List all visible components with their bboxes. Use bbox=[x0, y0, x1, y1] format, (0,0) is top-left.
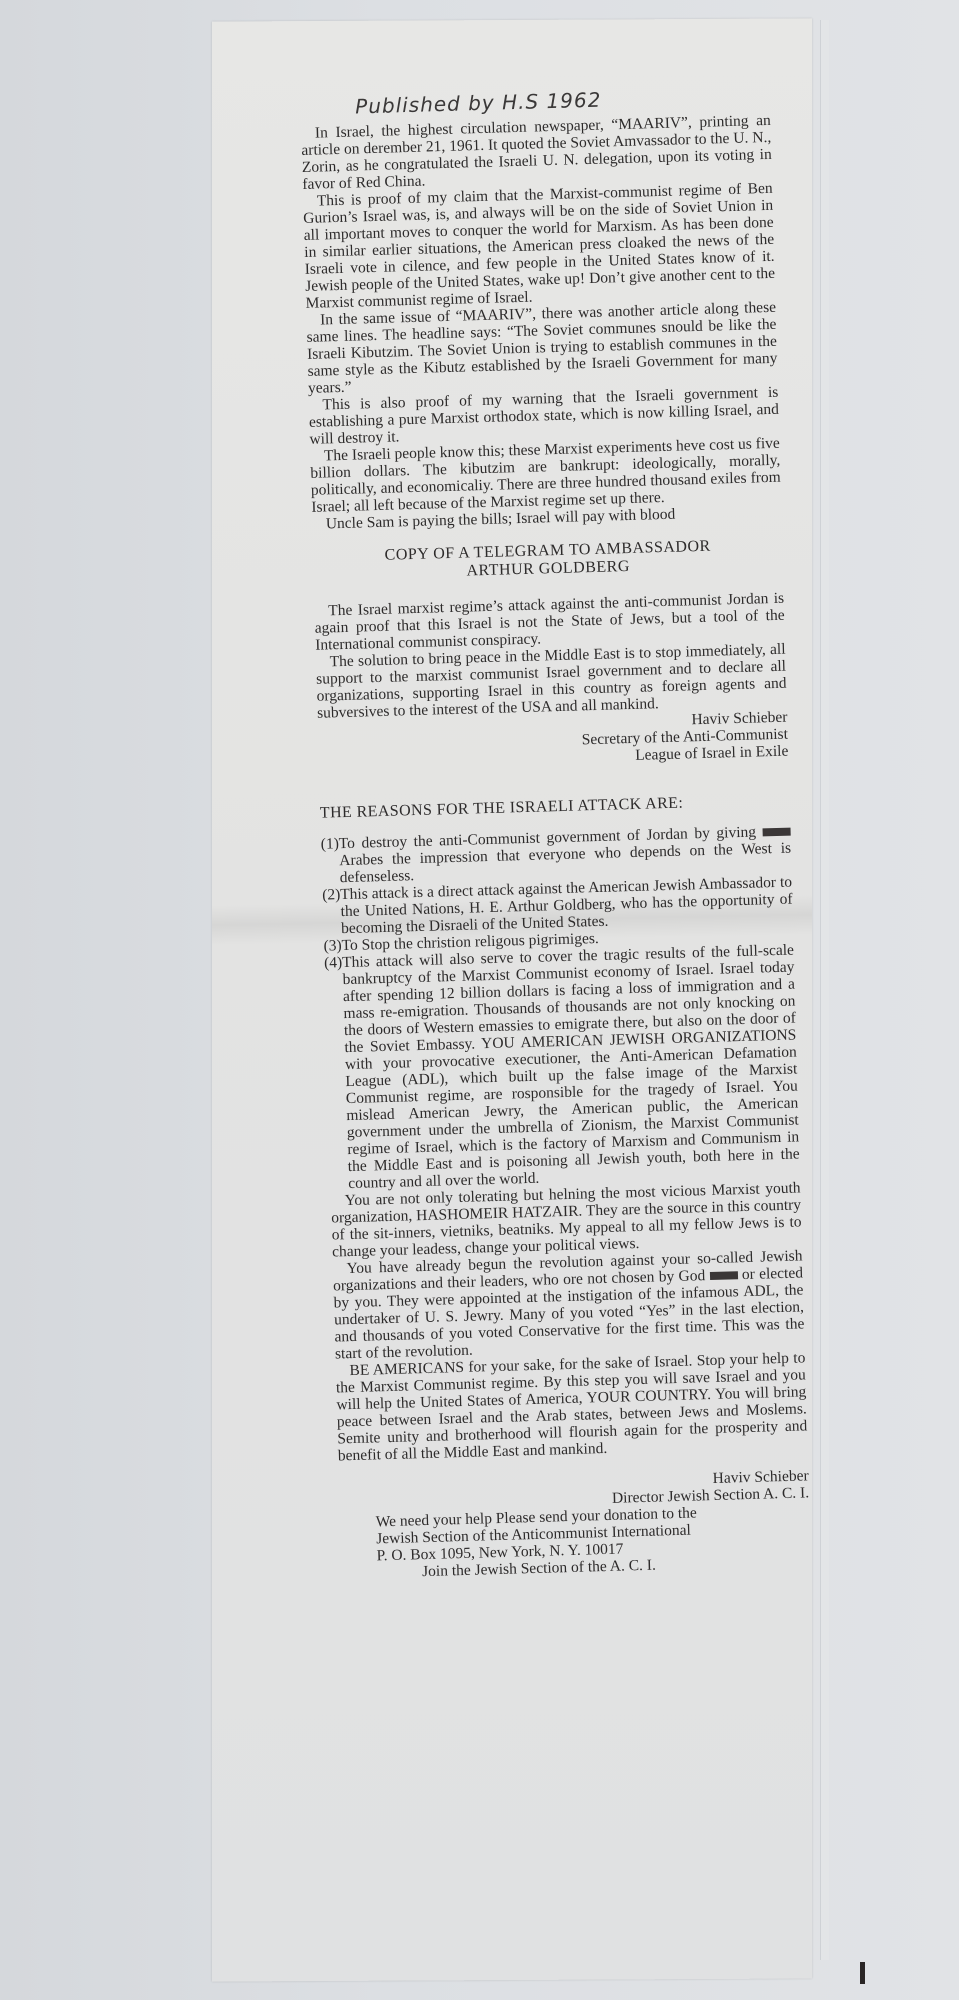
closing-section: You are not only tolerating but helning … bbox=[331, 1179, 808, 1464]
revolution-paragraph: You have already begun the revolution ag… bbox=[332, 1247, 805, 1362]
final-paragraph: BE AMERICANS for your sake, for the sake… bbox=[335, 1349, 808, 1464]
redaction-mark bbox=[709, 1272, 737, 1281]
intro-section: In Israel, the highest circulation newsp… bbox=[301, 112, 782, 533]
leaflet-text: Published by H.S 1962 In Israel, the hig… bbox=[300, 87, 811, 1583]
redaction-mark bbox=[763, 828, 791, 837]
telegram-paragraph: The solution to bring peace in the Middl… bbox=[315, 641, 787, 722]
intro-paragraph: This is proof of my claim that the Marxi… bbox=[303, 180, 776, 312]
reason-item: (4) This attack will also serve to cover… bbox=[324, 942, 800, 1193]
reasons-list: (1) To destroy the anti-Communist govern… bbox=[321, 823, 801, 1193]
reason-number: (3) bbox=[323, 937, 341, 954]
intro-paragraph: In the same issue of “MAARIV”, there was… bbox=[306, 299, 778, 397]
reason-number: (1) bbox=[321, 835, 340, 886]
telegram-heading: COPY OF A TELEGRAM TO AMBASSADOR ARTHUR … bbox=[313, 536, 784, 585]
donation-footer: We need your help Please send your donat… bbox=[375, 1501, 811, 1581]
reason-number: (2) bbox=[322, 886, 341, 937]
reason-text: This attack will also serve to cover the… bbox=[342, 942, 800, 1193]
underlying-sheet-edge bbox=[820, 20, 829, 1960]
corner-mark bbox=[860, 1962, 865, 1984]
reasons-heading: THE REASONS FOR THE ISRAELI ATTACK ARE: bbox=[320, 792, 790, 822]
telegram-body: The Israel marxist regime’s attack again… bbox=[314, 590, 789, 773]
